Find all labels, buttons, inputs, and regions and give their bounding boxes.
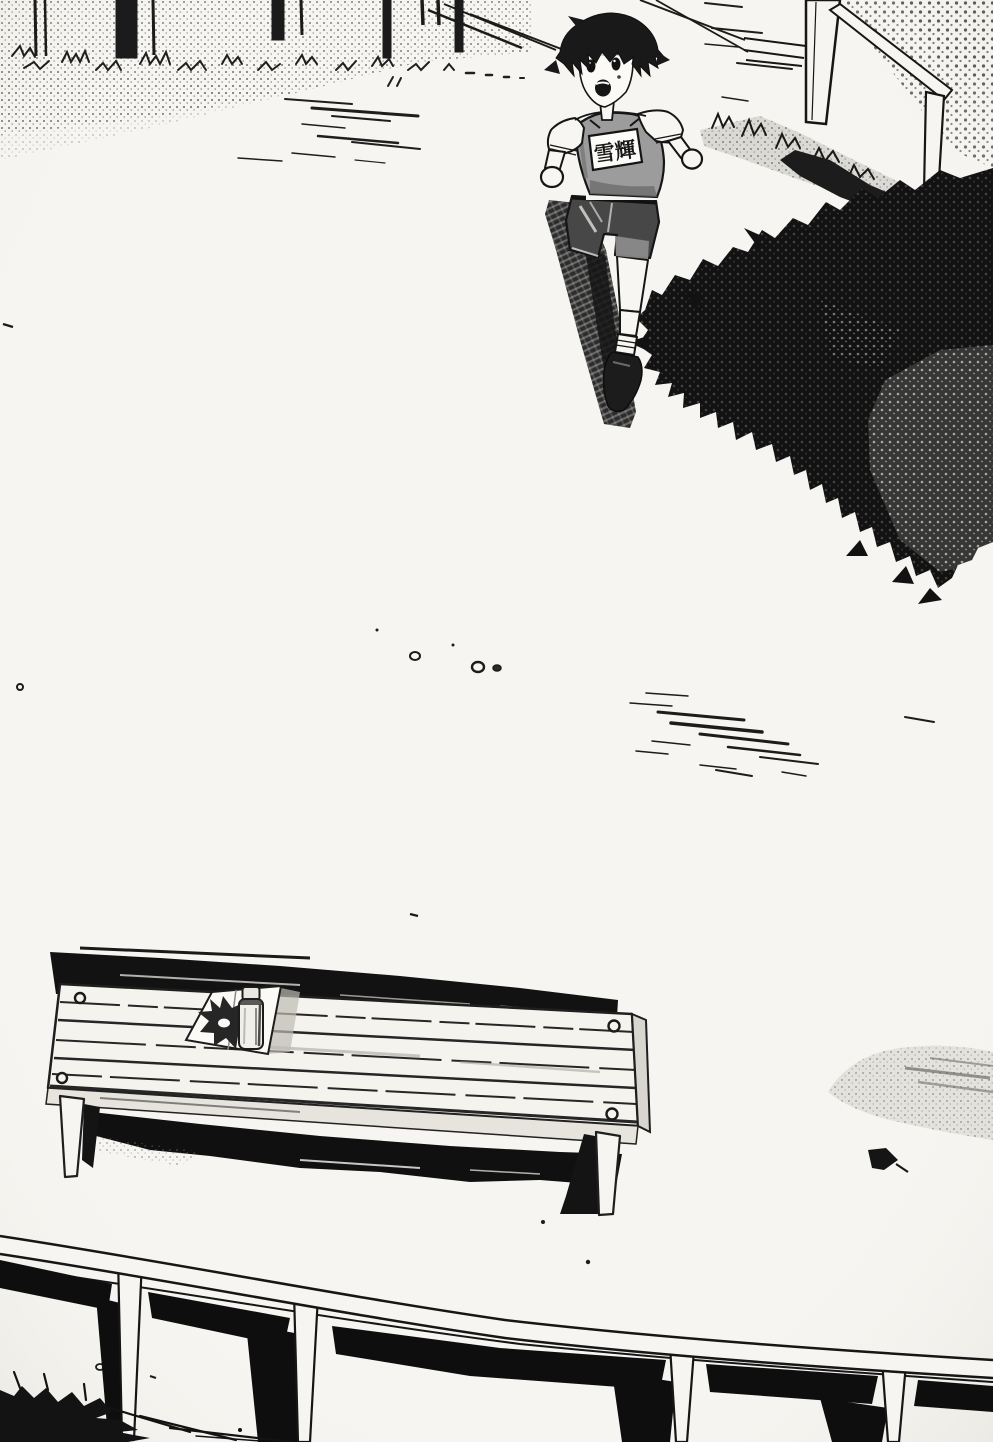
manga-panel: 雪輝 [0,0,993,1442]
left-fist [541,167,563,187]
character-sock [615,334,637,355]
right-eye [612,58,621,71]
manga-page: 雪輝 [0,0,993,1442]
right-fist [682,150,702,169]
cheek-mark [617,75,621,79]
thermos-bottle [239,987,263,1049]
